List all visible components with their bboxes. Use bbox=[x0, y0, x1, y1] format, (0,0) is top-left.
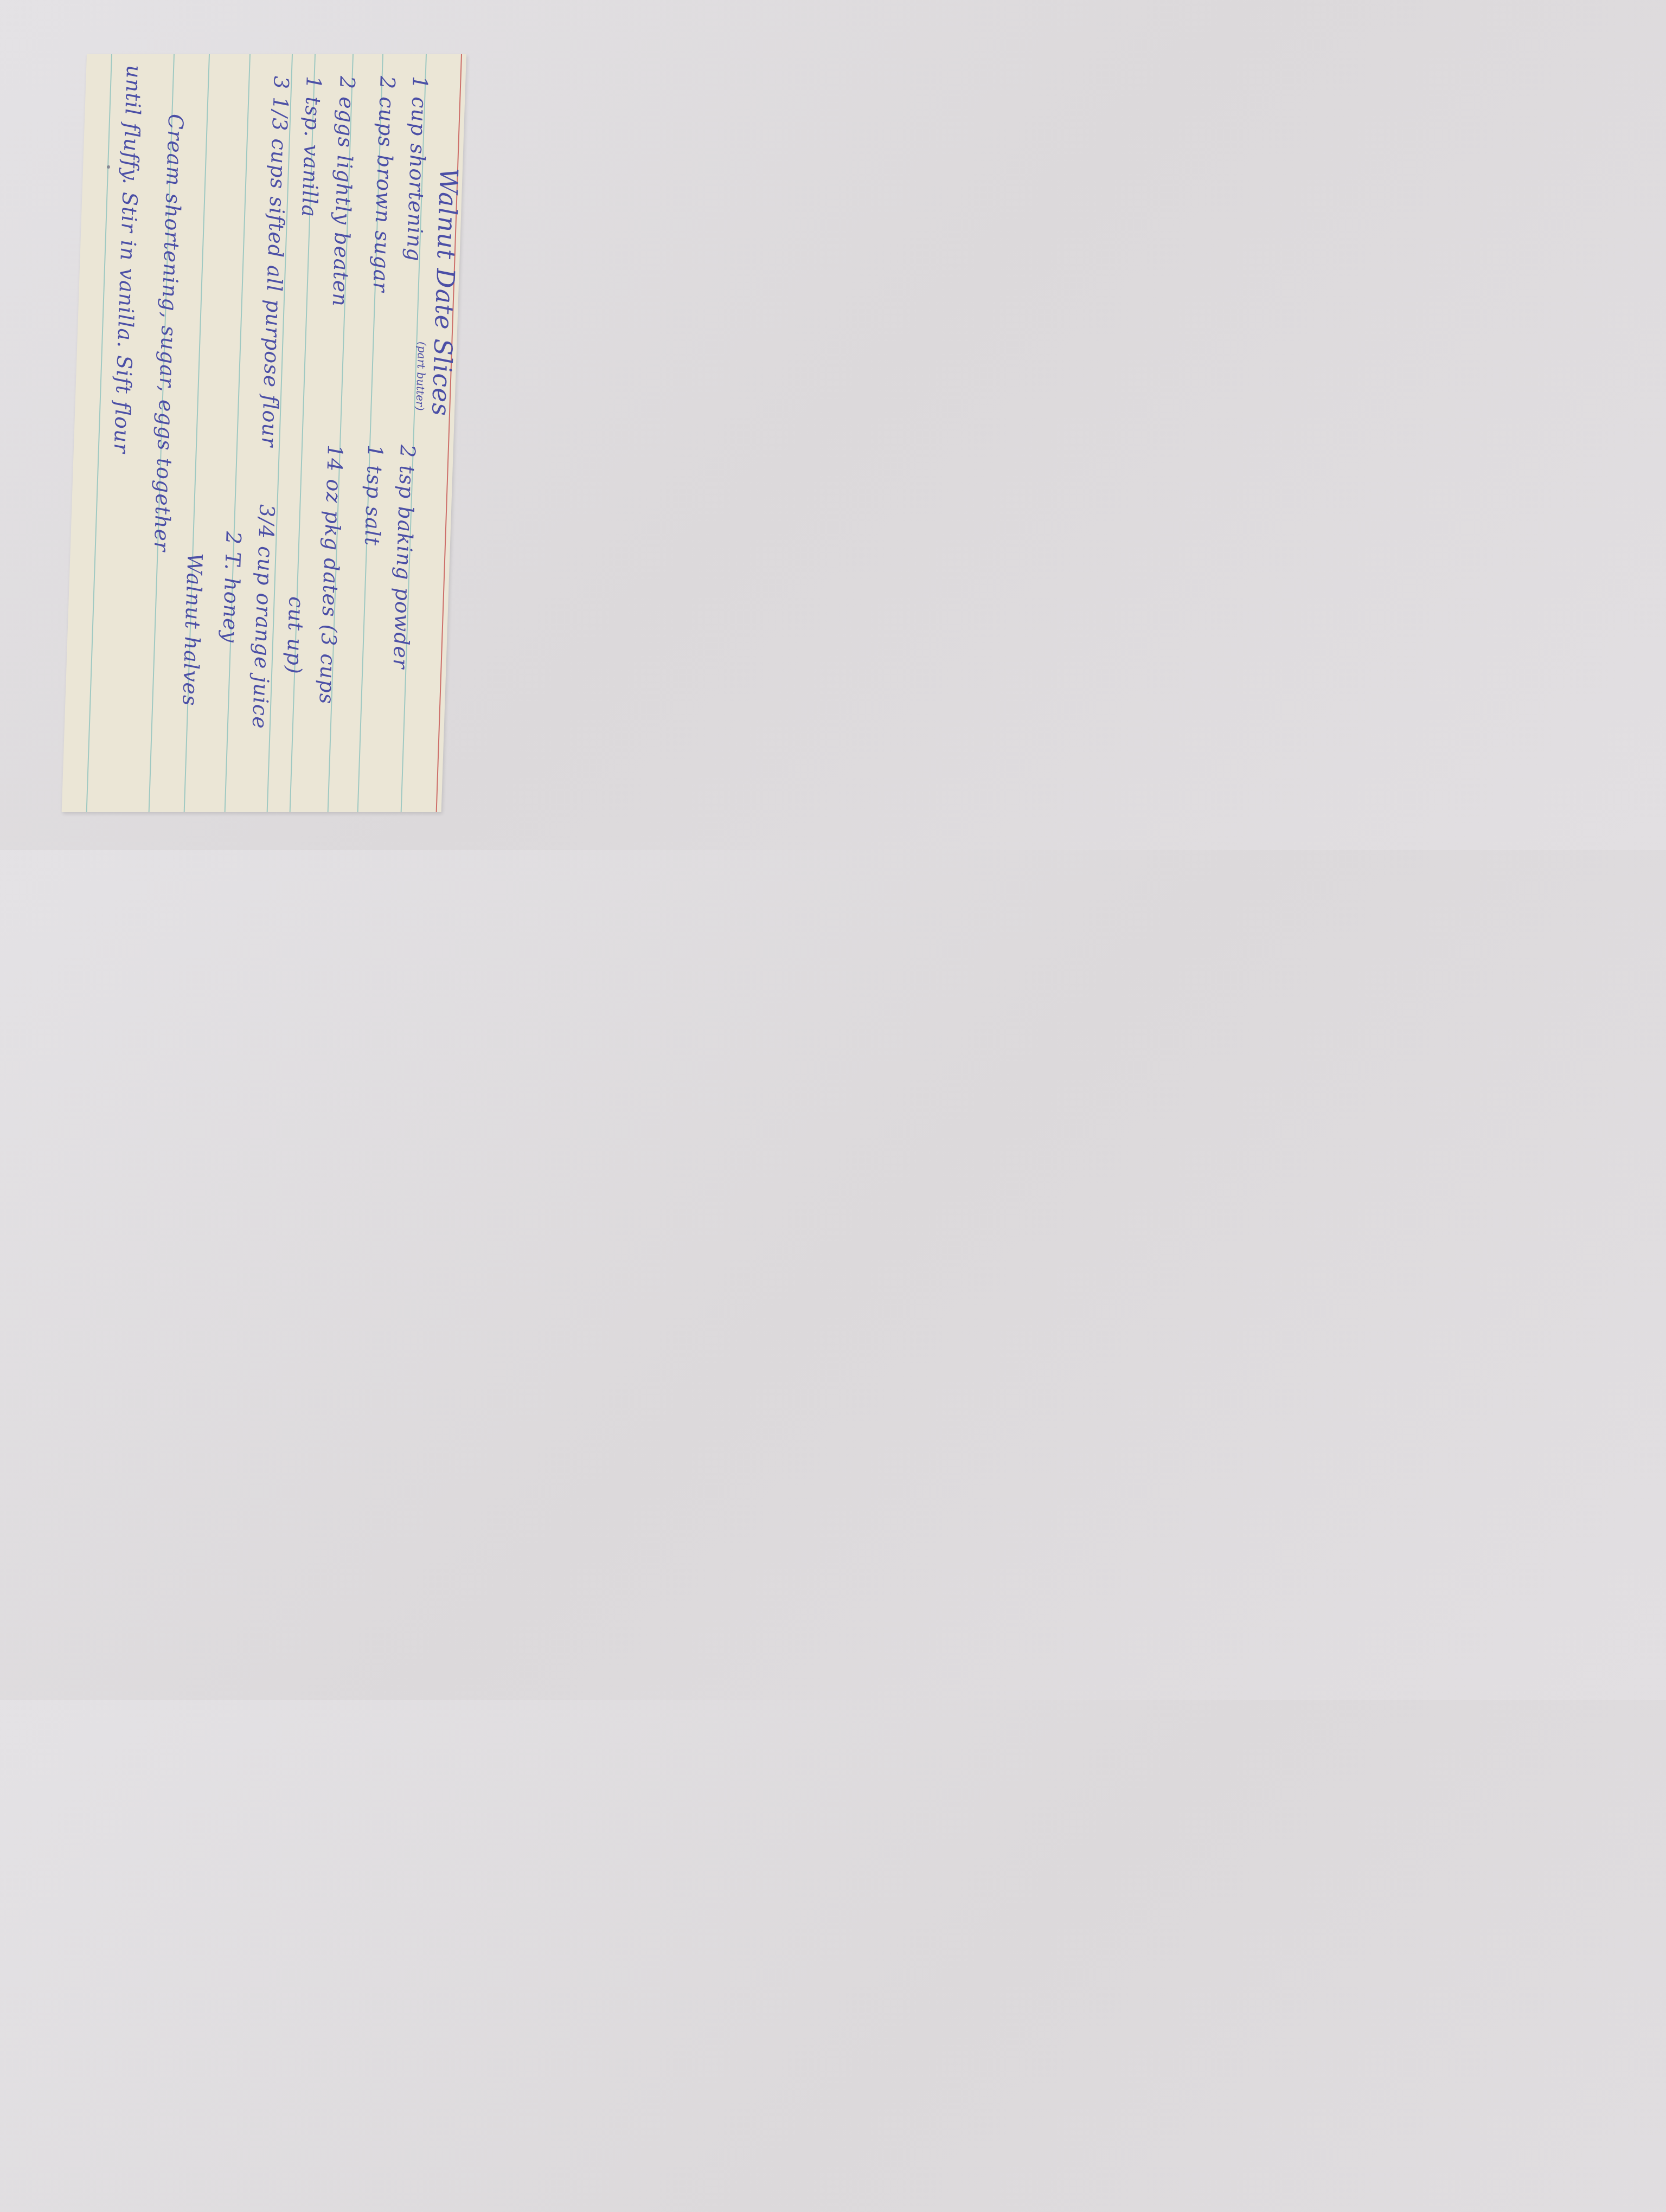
instruction-line-1: Cream shortening, sugar, eggs together bbox=[150, 114, 188, 552]
ingredient-dates: 14 oz pkg dates (3 cups bbox=[315, 445, 347, 704]
instruction-line-2: until fluffy. Stir in vanilla. Sift flou… bbox=[110, 65, 146, 454]
ingredient-shortening: 1 cup shortening bbox=[402, 76, 432, 262]
ingredient-flour: 3 1/3 cups sifted all purpose flour bbox=[257, 76, 293, 447]
ingredient-orange-juice: 3/4 cup orange juice bbox=[248, 504, 279, 729]
handwriting-area: Walnut Date Slices 1 cup shortening (par… bbox=[62, 54, 466, 812]
ingredient-walnuts: Walnut halves bbox=[178, 553, 207, 706]
ingredient-dates-cont: cut up) bbox=[282, 596, 309, 674]
ingredient-brown-sugar: 2 cups brown sugar bbox=[368, 76, 399, 292]
ingredient-baking-powder: 2 tsp baking powder bbox=[388, 445, 420, 669]
ingredient-vanilla: 1 tsp. vanilla bbox=[297, 76, 326, 217]
recipe-title: Walnut Date Slices bbox=[426, 168, 464, 416]
ink-speck bbox=[107, 165, 110, 169]
shortening-note: (part butter) bbox=[413, 342, 428, 410]
ingredient-salt: 1 tsp salt bbox=[360, 445, 387, 546]
ingredient-honey: 2 T. honey bbox=[218, 531, 246, 643]
ingredient-eggs: 2 eggs lightly beaten bbox=[328, 76, 360, 307]
recipe-card: Walnut Date Slices 1 cup shortening (par… bbox=[62, 54, 466, 812]
